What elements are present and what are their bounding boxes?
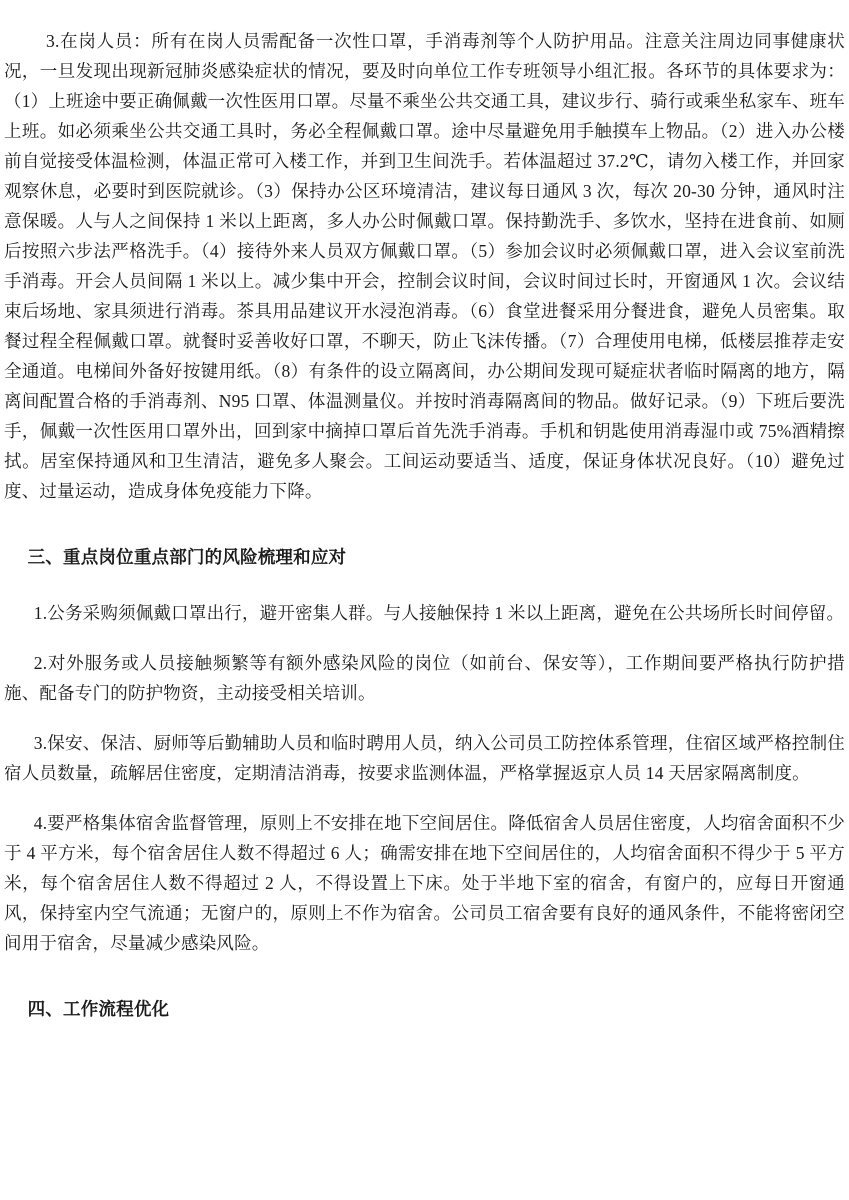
body-paragraph: 3.保安、保洁、厨师等后勤辅助人员和临时聘用人员，纳入公司员工防控体系管理，住宿…: [4, 728, 845, 788]
document-page: 3.在岗人员：所有在岗人员需配备一次性口罩，手消毒剂等个人防护用品。注意关注周边…: [0, 0, 849, 1200]
body-paragraph: 2.对外服务或人员接触频繁等有额外感染风险的岗位（如前台、保安等），工作期间要严…: [4, 648, 845, 708]
section-heading: 四、工作流程优化: [4, 994, 845, 1024]
body-paragraph: 1.公务采购须佩戴口罩出行，避开密集人群。与人接触保持 1 米以上距离，避免在公…: [4, 598, 845, 628]
section-heading: 三、重点岗位重点部门的风险梳理和应对: [4, 542, 845, 572]
body-paragraph: 4.要严格集体宿舍监督管理，原则上不安排在地下空间居住。降低宿舍人员居住密度，人…: [4, 808, 845, 958]
body-paragraph: 3.在岗人员：所有在岗人员需配备一次性口罩，手消毒剂等个人防护用品。注意关注周边…: [4, 26, 845, 506]
document-body: 3.在岗人员：所有在岗人员需配备一次性口罩，手消毒剂等个人防护用品。注意关注周边…: [0, 0, 849, 1024]
